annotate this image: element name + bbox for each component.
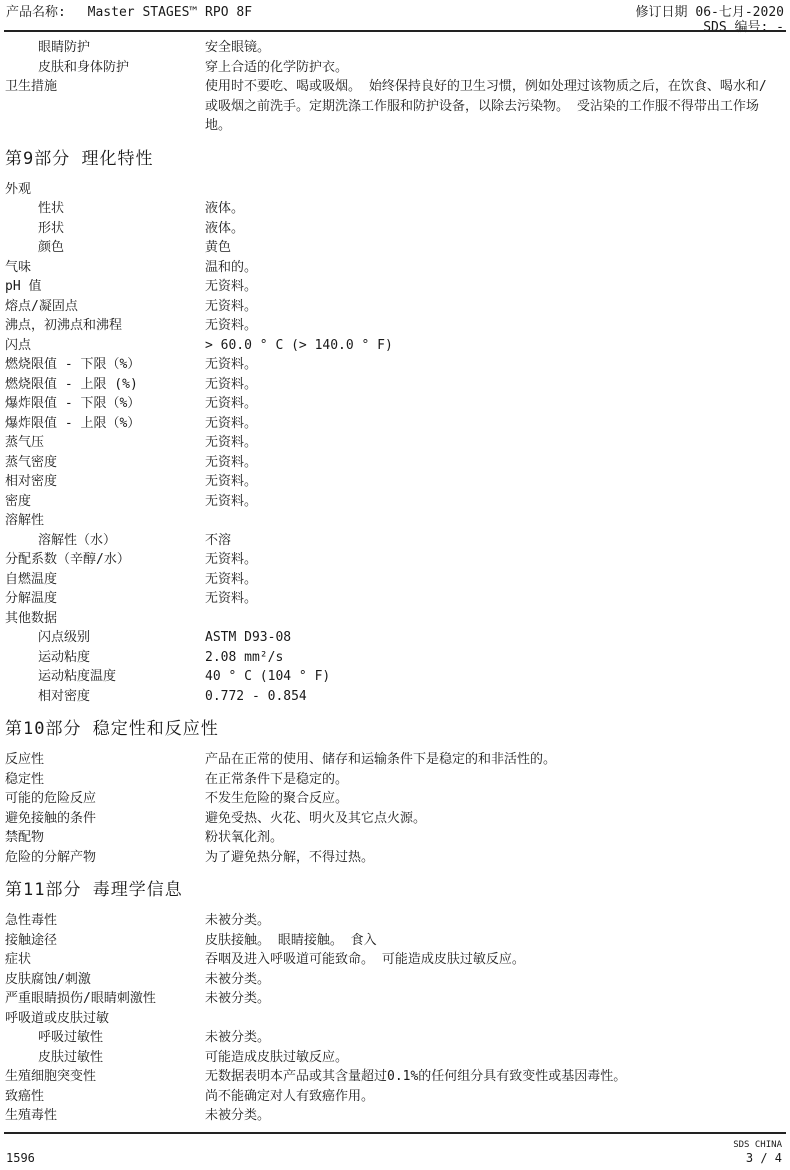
field-value: 无资料。 xyxy=(205,355,767,375)
field-value: 安全眼镜。 xyxy=(205,38,767,58)
field-value: 尚不能确定对人有致癌作用。 xyxy=(205,1087,767,1107)
field-row: 呼吸过敏性未被分类。 xyxy=(0,1028,790,1048)
field-value: 在正常条件下是稳定的。 xyxy=(205,770,767,790)
field-label: 呼吸道或皮肤过敏 xyxy=(0,1009,205,1029)
field-row: 闪点级别ASTM D93-08 xyxy=(0,628,790,648)
field-value: 无资料。 xyxy=(205,297,767,317)
field-value: 未被分类。 xyxy=(205,1028,767,1048)
section-title: 第11部分 毒理学信息 xyxy=(0,879,790,901)
field-row: 禁配物粉状氧化剂。 xyxy=(0,828,790,848)
field-label: 反应性 xyxy=(0,750,205,770)
field-row: 眼睛防护安全眼镜。 xyxy=(0,38,790,58)
sds-document-page: 产品名称: Master STAGES™ RPO 8F 修订日期 06-七月-2… xyxy=(0,0,790,1170)
field-row: 分解温度无资料。 xyxy=(0,589,790,609)
field-row: 溶解性 xyxy=(0,511,790,531)
field-label: 稳定性 xyxy=(0,770,205,790)
product-name-block: 产品名称: Master STAGES™ RPO 8F xyxy=(6,5,252,20)
section-title: 第10部分 稳定性和反应性 xyxy=(0,718,790,740)
field-label: 溶解性 xyxy=(0,511,205,531)
field-row: 气味温和的。 xyxy=(0,258,790,278)
field-value: 液体。 xyxy=(205,199,767,219)
field-row: 颜色黄色 xyxy=(0,238,790,258)
footer-region-label: SDS CHINA xyxy=(733,1140,782,1151)
field-row: 爆炸限值 - 上限（%）无资料。 xyxy=(0,414,790,434)
field-row: 熔点/凝固点无资料。 xyxy=(0,297,790,317)
field-value: 皮肤接触。 眼睛接触。 食入 xyxy=(205,931,767,951)
field-label: 接触途径 xyxy=(0,931,205,951)
section-title: 第9部分 理化特性 xyxy=(0,148,790,170)
field-value: 无资料。 xyxy=(205,589,767,609)
field-label: 皮肤和身体防护 xyxy=(0,58,205,78)
field-label: 其他数据 xyxy=(0,609,205,629)
field-row: 相对密度0.772 - 0.854 xyxy=(0,687,790,707)
field-row: 其他数据 xyxy=(0,609,790,629)
field-row: pH 值无资料。 xyxy=(0,277,790,297)
field-row: 急性毒性未被分类。 xyxy=(0,911,790,931)
field-row: 严重眼睛损伤/眼睛刺激性未被分类。 xyxy=(0,989,790,1009)
field-row: 性状液体。 xyxy=(0,199,790,219)
field-value: 可能造成皮肤过敏反应。 xyxy=(205,1048,767,1068)
field-label: 运动粘度温度 xyxy=(0,667,205,687)
field-value: 吞咽及进入呼吸道可能致命。 可能造成皮肤过敏反应。 xyxy=(205,950,767,970)
field-row: 沸点，初沸点和沸程无资料。 xyxy=(0,316,790,336)
sds-number: SDS 编号: - xyxy=(636,20,784,35)
field-label: 生殖毒性 xyxy=(0,1106,205,1126)
field-label: 禁配物 xyxy=(0,828,205,848)
header-divider xyxy=(4,30,786,32)
field-value: 无资料。 xyxy=(205,472,767,492)
field-row: 皮肤和身体防护穿上合适的化学防护衣。 xyxy=(0,58,790,78)
field-label: 急性毒性 xyxy=(0,911,205,931)
field-label: 相对密度 xyxy=(0,687,205,707)
field-label: 运动粘度 xyxy=(0,648,205,668)
field-label: 密度 xyxy=(0,492,205,512)
field-label: 致癌性 xyxy=(0,1087,205,1107)
field-value: 40 ° C (104 ° F) xyxy=(205,667,767,687)
field-value: 无资料。 xyxy=(205,453,767,473)
field-row: 接触途径皮肤接触。 眼睛接触。 食入 xyxy=(0,931,790,951)
field-label: 闪点级别 xyxy=(0,628,205,648)
field-label: 蒸气密度 xyxy=(0,453,205,473)
field-row: 爆炸限值 - 下限（%）无资料。 xyxy=(0,394,790,414)
field-row: 自燃温度无资料。 xyxy=(0,570,790,590)
field-label: 症状 xyxy=(0,950,205,970)
field-label: 危险的分解产物 xyxy=(0,848,205,868)
field-value: 不溶 xyxy=(205,531,767,551)
document-body: 眼睛防护安全眼镜。皮肤和身体防护穿上合适的化学防护衣。卫生措施使用时不要吃、喝或… xyxy=(0,38,790,1126)
field-value: 未被分类。 xyxy=(205,911,767,931)
field-value: 穿上合适的化学防护衣。 xyxy=(205,58,767,78)
field-label: 可能的危险反应 xyxy=(0,789,205,809)
field-row: 可能的危险反应不发生危险的聚合反应。 xyxy=(0,789,790,809)
field-label: 形状 xyxy=(0,219,205,239)
field-label: 蒸气压 xyxy=(0,433,205,453)
field-value: 无资料。 xyxy=(205,550,767,570)
field-label: 卫生措施 xyxy=(0,77,205,97)
field-value: > 60.0 ° C (> 140.0 ° F) xyxy=(205,336,767,356)
field-value: 不发生危险的聚合反应。 xyxy=(205,789,767,809)
revision-date: 修订日期 06-七月-2020 xyxy=(636,5,784,20)
field-value: 无资料。 xyxy=(205,316,767,336)
field-value: 避免受热、火花、明火及其它点火源。 xyxy=(205,809,767,829)
field-label: 避免接触的条件 xyxy=(0,809,205,829)
field-row: 症状吞咽及进入呼吸道可能致命。 可能造成皮肤过敏反应。 xyxy=(0,950,790,970)
field-label: 闪点 xyxy=(0,336,205,356)
footer-divider xyxy=(4,1132,786,1134)
field-label: 皮肤过敏性 xyxy=(0,1048,205,1068)
field-label: 生殖细胞突变性 xyxy=(0,1067,205,1087)
field-label: 溶解性（水） xyxy=(0,531,205,551)
footer-page-number: 3 / 4 xyxy=(746,1151,782,1165)
field-value: 无资料。 xyxy=(205,414,767,434)
field-row: 分配系数（辛醇/水）无资料。 xyxy=(0,550,790,570)
field-row: 危险的分解产物为了避免热分解，不得过热。 xyxy=(0,848,790,868)
field-row: 溶解性（水）不溶 xyxy=(0,531,790,551)
field-value: 无资料。 xyxy=(205,433,767,453)
product-name-label: 产品名称: xyxy=(6,5,66,20)
field-label: 皮肤腐蚀/刺激 xyxy=(0,970,205,990)
footer-doc-number: 1596 xyxy=(6,1151,35,1165)
field-label: pH 值 xyxy=(0,277,205,297)
field-row: 致癌性尚不能确定对人有致癌作用。 xyxy=(0,1087,790,1107)
field-row: 稳定性在正常条件下是稳定的。 xyxy=(0,770,790,790)
field-value: 0.772 - 0.854 xyxy=(205,687,767,707)
field-row: 蒸气压无资料。 xyxy=(0,433,790,453)
field-value: 无资料。 xyxy=(205,492,767,512)
field-value: ASTM D93-08 xyxy=(205,628,767,648)
field-value: 温和的。 xyxy=(205,258,767,278)
field-value: 无资料。 xyxy=(205,570,767,590)
field-value: 无资料。 xyxy=(205,394,767,414)
field-value: 使用时不要吃、喝或吸烟。 始终保持良好的卫生习惯，例如处理过该物质之后，在饮食、… xyxy=(205,77,767,136)
field-value: 液体。 xyxy=(205,219,767,239)
field-value: 未被分类。 xyxy=(205,1106,767,1126)
field-row: 反应性产品在正常的使用、储存和运输条件下是稳定的和非活性的。 xyxy=(0,750,790,770)
field-row: 燃烧限值 - 上限 (%)无资料。 xyxy=(0,375,790,395)
field-label: 性状 xyxy=(0,199,205,219)
field-row: 蒸气密度无资料。 xyxy=(0,453,790,473)
field-row: 避免接触的条件避免受热、火花、明火及其它点火源。 xyxy=(0,809,790,829)
product-name-value: Master STAGES™ RPO 8F xyxy=(88,5,252,20)
field-row: 生殖细胞突变性无数据表明本产品或其含量超过0.1%的任何组分具有致变性或基因毒性… xyxy=(0,1067,790,1087)
field-value: 未被分类。 xyxy=(205,970,767,990)
field-label: 爆炸限值 - 上限（%） xyxy=(0,414,205,434)
field-label: 眼睛防护 xyxy=(0,38,205,58)
field-label: 燃烧限值 - 下限（%） xyxy=(0,355,205,375)
field-value: 无资料。 xyxy=(205,277,767,297)
field-row: 皮肤腐蚀/刺激未被分类。 xyxy=(0,970,790,990)
field-row: 燃烧限值 - 下限（%）无资料。 xyxy=(0,355,790,375)
field-row: 卫生措施使用时不要吃、喝或吸烟。 始终保持良好的卫生习惯，例如处理过该物质之后，… xyxy=(0,77,790,136)
field-label: 颜色 xyxy=(0,238,205,258)
field-row: 运动粘度2.08 mm²/s xyxy=(0,648,790,668)
field-label: 呼吸过敏性 xyxy=(0,1028,205,1048)
field-row: 呼吸道或皮肤过敏 xyxy=(0,1009,790,1029)
field-label: 沸点，初沸点和沸程 xyxy=(0,316,205,336)
field-label: 外观 xyxy=(0,180,205,200)
field-label: 严重眼睛损伤/眼睛刺激性 xyxy=(0,989,205,1009)
field-value: 产品在正常的使用、储存和运输条件下是稳定的和非活性的。 xyxy=(205,750,767,770)
field-row: 外观 xyxy=(0,180,790,200)
field-row: 相对密度无资料。 xyxy=(0,472,790,492)
footer-row: 1596 3 / 4 xyxy=(6,1151,782,1165)
field-row: 皮肤过敏性可能造成皮肤过敏反应。 xyxy=(0,1048,790,1068)
field-value: 粉状氧化剂。 xyxy=(205,828,767,848)
field-label: 分配系数（辛醇/水） xyxy=(0,550,205,570)
field-row: 运动粘度温度40 ° C (104 ° F) xyxy=(0,667,790,687)
field-label: 爆炸限值 - 下限（%） xyxy=(0,394,205,414)
field-value: 未被分类。 xyxy=(205,989,767,1009)
field-label: 燃烧限值 - 上限 (%) xyxy=(0,375,205,395)
field-label: 分解温度 xyxy=(0,589,205,609)
field-row: 形状液体。 xyxy=(0,219,790,239)
field-label: 相对密度 xyxy=(0,472,205,492)
field-label: 气味 xyxy=(0,258,205,278)
field-value: 为了避免热分解，不得过热。 xyxy=(205,848,767,868)
field-value: 无数据表明本产品或其含量超过0.1%的任何组分具有致变性或基因毒性。 xyxy=(205,1067,767,1087)
field-row: 密度无资料。 xyxy=(0,492,790,512)
field-label: 自燃温度 xyxy=(0,570,205,590)
field-row: 闪点> 60.0 ° C (> 140.0 ° F) xyxy=(0,336,790,356)
field-value: 无资料。 xyxy=(205,375,767,395)
field-value: 2.08 mm²/s xyxy=(205,648,767,668)
field-label: 熔点/凝固点 xyxy=(0,297,205,317)
field-row: 生殖毒性未被分类。 xyxy=(0,1106,790,1126)
field-value: 黄色 xyxy=(205,238,767,258)
